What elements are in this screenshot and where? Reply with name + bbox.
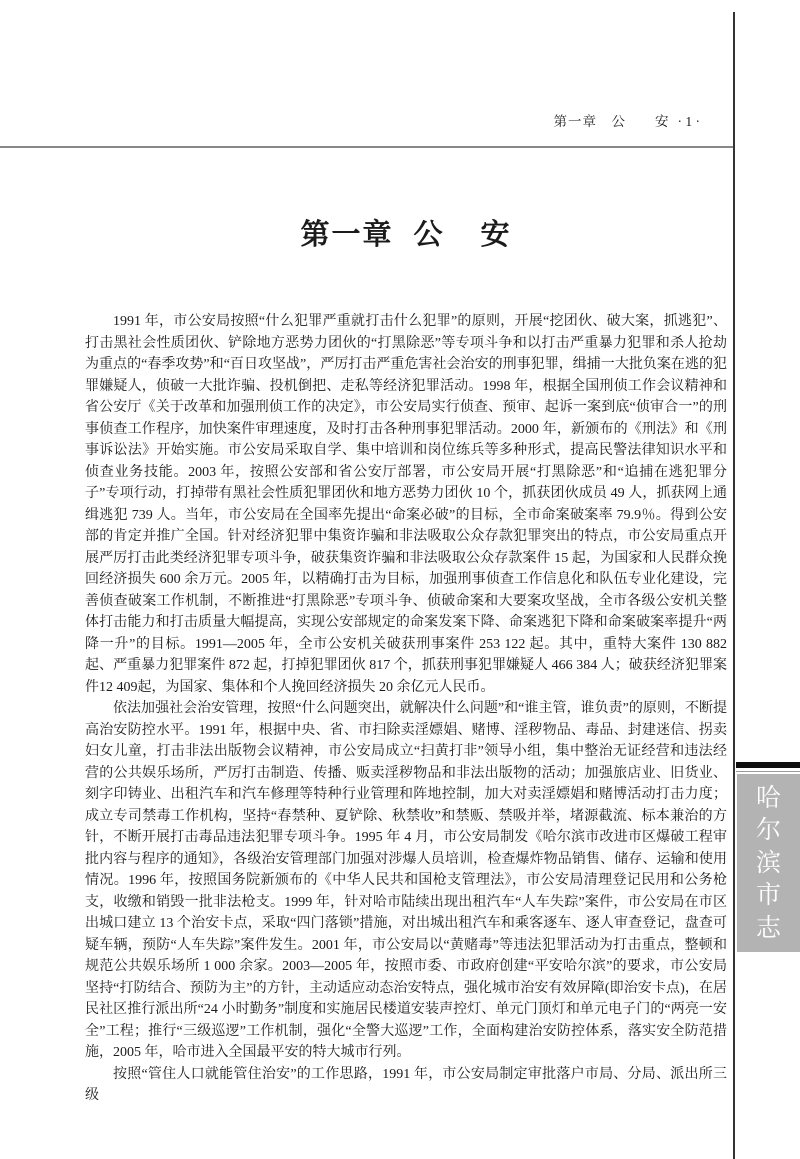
side-tab-char-3: 滨 xyxy=(756,851,781,876)
side-tab-char-1: 哈 xyxy=(756,786,781,811)
running-header: 第一章 公 安· 1 · xyxy=(554,110,701,130)
chapter-number: 第一章 xyxy=(300,219,393,251)
book-page: 第一章 公 安· 1 · 第一章公安 1991 年，市公安局按照“什么犯罪严重就… xyxy=(0,0,800,1159)
body-text: 1991 年，市公安局按照“什么犯罪严重就打击什么犯罪”的原则，开展“挖团伙、破… xyxy=(85,311,727,1107)
side-tab-top-bar xyxy=(736,762,800,768)
side-tab-book-title: 哈 尔 滨 市 志 xyxy=(737,774,800,952)
paragraph-3: 按照“管住人口就能管住治安”的工作思路，1991 年，市公安局制定审批落户市局、… xyxy=(85,1064,727,1107)
page-number: · 1 · xyxy=(678,114,701,129)
running-header-title: 第一章 公 安 xyxy=(554,114,670,129)
paragraph-2: 依法加强社会治安管理，按照“什么问题突出，就解决什么问题”和“谁主管，谁负责”的… xyxy=(85,698,727,1064)
side-tab-thin-line xyxy=(736,771,800,772)
chapter-title-char-1: 公 xyxy=(413,219,444,251)
side-tab-char-4: 市 xyxy=(756,883,781,908)
side-tab-char-2: 尔 xyxy=(756,818,781,843)
chapter-title-char-2: 安 xyxy=(481,219,512,251)
paragraph-1: 1991 年，市公安局按照“什么犯罪严重就打击什么犯罪”的原则，开展“挖团伙、破… xyxy=(85,311,727,698)
header-rule xyxy=(0,146,734,148)
chapter-title: 第一章公安 xyxy=(85,212,727,253)
right-border-line xyxy=(733,12,735,1159)
side-tab-char-5: 志 xyxy=(756,916,781,941)
